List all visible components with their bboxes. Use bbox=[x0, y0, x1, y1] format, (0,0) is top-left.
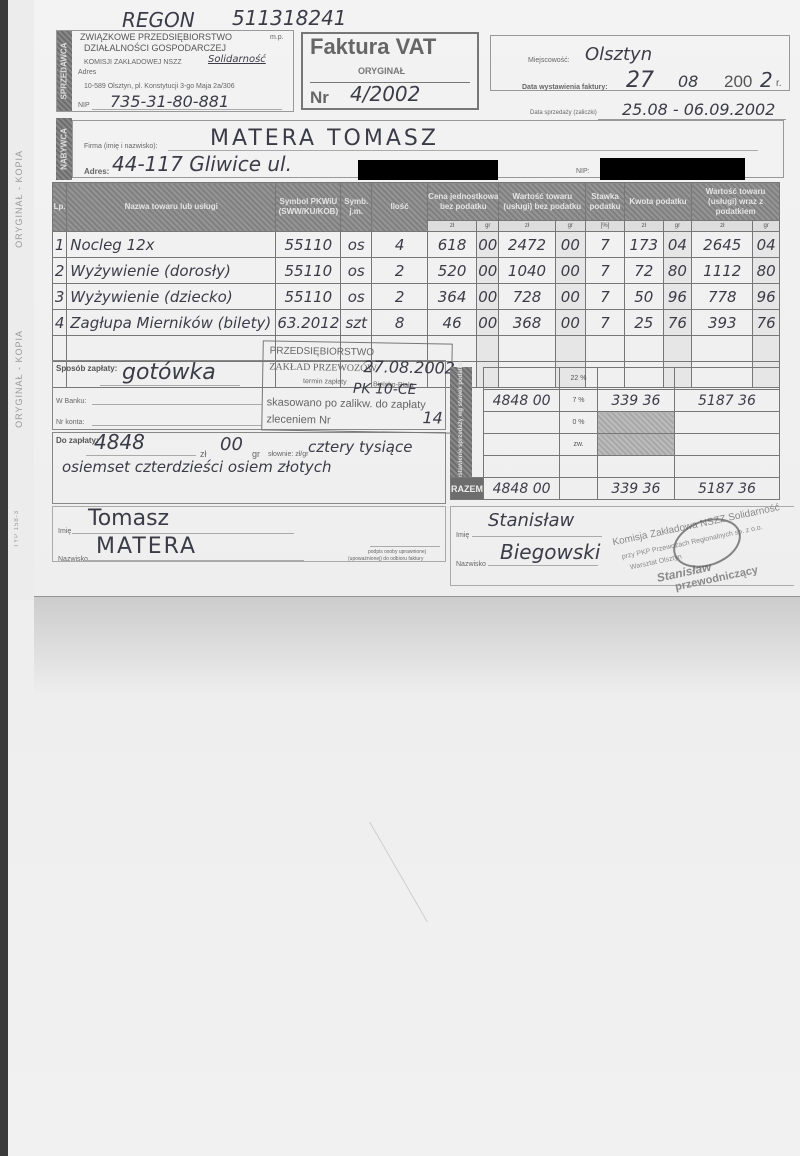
amount-due-label: Do zapłaty: bbox=[56, 436, 99, 445]
issuer-last-name: Biegowski bbox=[500, 540, 600, 564]
cell-name: Wyżywienie (dorosły) bbox=[67, 258, 276, 284]
amount-due-gr: 00 bbox=[220, 434, 243, 455]
paper-tear bbox=[369, 822, 547, 922]
cell-name: Zagłupa Mierników (bilety) bbox=[67, 310, 276, 336]
form-code: TYP 158-3 bbox=[14, 510, 20, 548]
cell-net-zl: 2472 bbox=[499, 232, 555, 258]
amount-words-1: cztery tysiące bbox=[308, 438, 412, 456]
cell-net-gr bbox=[555, 336, 586, 362]
cell-unit-price-gr: 00 bbox=[477, 284, 499, 310]
cell-net-zl bbox=[499, 336, 555, 362]
vat-summary-table: 22 %4848 007 %339 365187 360 %zw.RAZEM48… bbox=[450, 367, 780, 500]
cell-net-zl: 368 bbox=[499, 310, 555, 336]
seller-address: 10-589 Olsztyn, pl. Konstytucji 3-go Maj… bbox=[84, 83, 235, 90]
cell-qty: 8 bbox=[372, 310, 428, 336]
vat-cell-gross: 5187 36 bbox=[674, 390, 779, 412]
cell-unit-price-gr bbox=[477, 336, 499, 362]
receiver-first-name: Tomasz bbox=[88, 506, 169, 531]
seller-signature: Solidarność bbox=[208, 54, 266, 65]
cell-net-zl: 1040 bbox=[499, 258, 555, 284]
col-net-value: Wartość towaru (usługi) bez podatku bbox=[499, 183, 586, 221]
cell-rate: 7 bbox=[586, 258, 625, 284]
cell-unit-price-zl: 46 bbox=[428, 310, 477, 336]
col-name: Nazwa towaru lub usługi bbox=[67, 183, 276, 232]
receiver-sig-caption-2: (upoważnionej) do odbioru faktury bbox=[348, 556, 423, 562]
cell-unit: os bbox=[341, 284, 372, 310]
vat-row: 22 % bbox=[451, 368, 780, 390]
cell-vat-gr bbox=[663, 336, 692, 362]
buyer-address-label: Adres: bbox=[84, 167, 109, 176]
vat-total-blank bbox=[560, 478, 598, 500]
vat-cell-rate: 7 % bbox=[560, 390, 598, 412]
cell-lp: 1 bbox=[53, 232, 67, 258]
sale-date-value: 25.08 - 06.09.2002 bbox=[622, 100, 775, 119]
vat-total-label: RAZEM bbox=[451, 478, 484, 500]
cell-vat-gr: 76 bbox=[663, 310, 692, 336]
vat-cell-net: 4848 00 bbox=[484, 390, 560, 412]
mp-label: m.p. bbox=[270, 34, 284, 41]
cell-lp bbox=[53, 336, 67, 362]
vat-cell-vat: 339 36 bbox=[597, 390, 674, 412]
cell-unit: os bbox=[341, 232, 372, 258]
cell-net-gr: 00 bbox=[555, 284, 586, 310]
vat-row: zw. bbox=[451, 434, 780, 456]
cell-rate: 7 bbox=[586, 284, 625, 310]
vat-cell-rate: 0 % bbox=[560, 412, 598, 434]
sub-gr: gr bbox=[753, 221, 780, 232]
cell-lp: 3 bbox=[53, 284, 67, 310]
vat-cell-net bbox=[484, 412, 560, 434]
cell-vat-zl: 50 bbox=[624, 284, 663, 310]
vat-cell-vat bbox=[597, 412, 674, 434]
cell-vat-zl bbox=[624, 336, 663, 362]
cell-pkwiu: 55110 bbox=[276, 284, 341, 310]
cell-rate: 7 bbox=[586, 310, 625, 336]
buyer-side-tab: NABYWCA bbox=[56, 118, 72, 180]
buyer-address: 44-117 Gliwice ul. bbox=[112, 152, 292, 176]
vat-total-vat: 339 36 bbox=[597, 478, 674, 500]
vat-row: 4848 007 %339 365187 36 bbox=[451, 390, 780, 412]
cell-unit-price-gr: 00 bbox=[477, 258, 499, 284]
vat-cell-net bbox=[484, 456, 560, 478]
vat-row: 0 % bbox=[451, 412, 780, 434]
vat-cell-gross bbox=[674, 412, 779, 434]
cell-unit: szt bbox=[341, 310, 372, 336]
vat-cell-gross bbox=[674, 368, 779, 390]
regon-value: 511318241 bbox=[232, 6, 347, 30]
table-row: 3Wyżywienie (dziecko)55110os236400728007… bbox=[53, 284, 780, 310]
col-lp: Lp. bbox=[53, 183, 67, 232]
receiver-last-name: MATERA bbox=[96, 534, 197, 559]
sub-pct: [%] bbox=[586, 221, 625, 232]
cell-net-gr: 00 bbox=[555, 310, 586, 336]
redacted-street bbox=[358, 160, 498, 180]
col-qty: Ilość bbox=[372, 183, 428, 232]
vat-total-row: RAZEM4848 00339 365187 36 bbox=[451, 478, 780, 500]
sale-date-label: Data sprzedaży (zaliczki) bbox=[530, 110, 597, 116]
amount-words-2: osiemset czterdzieści osiem złotych bbox=[62, 458, 332, 476]
cell-unit-price-zl: 520 bbox=[428, 258, 477, 284]
seller-nip: 735-31-80-881 bbox=[110, 92, 229, 111]
cell-unit-price-zl: 618 bbox=[428, 232, 477, 258]
vat-total-net: 4848 00 bbox=[484, 478, 560, 500]
issue-month: 08 bbox=[678, 72, 698, 91]
cell-lp: 4 bbox=[53, 310, 67, 336]
seller-name-2: DZIAŁALNOŚCI GOSPODARCZEJ bbox=[84, 43, 226, 53]
cell-pkwiu: 63.2012 bbox=[276, 310, 341, 336]
buyer-firm-label: Firma (imię i nazwisko): bbox=[84, 143, 158, 150]
vat-cell-gross bbox=[674, 456, 779, 478]
sub-zl: zł bbox=[428, 221, 477, 232]
margin-text-1: ORYGINAŁ - KOPIA bbox=[14, 150, 24, 248]
left-margin: ORYGINAŁ - KOPIA ORYGINAŁ - KOPIA TYP 15… bbox=[8, 0, 34, 600]
invoice-copy-type: ORYGINAŁ bbox=[358, 66, 405, 76]
cell-unit: os bbox=[341, 258, 372, 284]
seller-nip-label: NIP bbox=[78, 102, 90, 109]
cell-vat-zl: 173 bbox=[624, 232, 663, 258]
sub-zl: zł bbox=[624, 221, 663, 232]
vat-row bbox=[451, 456, 780, 478]
cell-lp: 2 bbox=[53, 258, 67, 284]
receiver-sig-caption-1: podpis osoby uprawnionej bbox=[368, 549, 426, 555]
carrier-stamp: PRZEDSIĘBIORSTWO ZAKŁAD PRZEWOZÓW 27.08.… bbox=[261, 340, 453, 433]
cell-unit-price-gr: 00 bbox=[477, 232, 499, 258]
vat-cell-vat bbox=[597, 434, 674, 456]
scanned-invoice-page: ORYGINAŁ - KOPIA ORYGINAŁ - KOPIA TYP 15… bbox=[0, 0, 800, 1156]
vat-cell-vat bbox=[597, 456, 674, 478]
cell-pkwiu: 55110 bbox=[276, 258, 341, 284]
invoice-number: 4/2002 bbox=[350, 82, 420, 106]
cell-vat-gr: 80 bbox=[663, 258, 692, 284]
cell-net-zl: 728 bbox=[499, 284, 555, 310]
issue-day: 27 bbox=[626, 68, 654, 93]
cell-name bbox=[67, 336, 276, 362]
cell-pkwiu: 55110 bbox=[276, 232, 341, 258]
cell-gross-gr bbox=[753, 336, 780, 362]
issuer-first-name-label: Imię bbox=[456, 532, 469, 539]
table-row: 1Nocleg 12x55110os4618002472007173042645… bbox=[53, 232, 780, 258]
col-gross-value: Wartość towaru (usługi) wraz z podatkiem bbox=[692, 183, 780, 221]
sub-zl: zł bbox=[692, 221, 753, 232]
place-value: Olsztyn bbox=[585, 44, 652, 65]
issue-year-r: r. bbox=[776, 78, 782, 89]
vat-cell-net bbox=[484, 434, 560, 456]
redacted-nip bbox=[600, 158, 745, 180]
cell-name: Wyżywienie (dziecko) bbox=[67, 284, 276, 310]
invoice-nr-label: Nr bbox=[310, 88, 329, 108]
issuer-last-name-label: Nazwisko bbox=[456, 561, 486, 568]
cell-gross-gr: 76 bbox=[753, 310, 780, 336]
cell-qty: 2 bbox=[372, 258, 428, 284]
cell-unit-price-zl: 364 bbox=[428, 284, 477, 310]
cell-gross-zl: 1112 bbox=[692, 258, 753, 284]
invoice-title: Faktura VAT bbox=[310, 34, 436, 60]
cell-name: Nocleg 12x bbox=[67, 232, 276, 258]
regon-label: REGON bbox=[122, 8, 195, 32]
vat-cell-vat bbox=[597, 368, 674, 390]
bleed-through-shadow bbox=[34, 596, 800, 696]
cell-net-gr: 00 bbox=[555, 258, 586, 284]
cell-vat-gr: 04 bbox=[663, 232, 692, 258]
vat-cell-rate: zw. bbox=[560, 434, 598, 456]
receiver-first-name-label: Imię bbox=[58, 528, 71, 535]
col-vat-rate: Stawka podatku bbox=[586, 183, 625, 221]
cell-vat-gr: 96 bbox=[663, 284, 692, 310]
cell-rate: 7 bbox=[586, 232, 625, 258]
col-unit-price: Cena jednostkowa bez podatku bbox=[428, 183, 499, 221]
margin-text-2: ORYGINAŁ - KOPIA bbox=[14, 330, 24, 428]
seller-name-1: ZWIĄZKOWE PRZEDSIĘBIORSTWO bbox=[80, 32, 232, 42]
payment-method-label: Sposób zapłaty: bbox=[56, 364, 117, 373]
cell-rate bbox=[586, 336, 625, 362]
col-pkwiu: Symbol PKWiU (SWW/KU/KOB) bbox=[276, 183, 341, 232]
buyer-firm: MATERA TOMASZ bbox=[210, 126, 439, 151]
vat-cell-net bbox=[484, 368, 560, 390]
vat-cell-gross bbox=[674, 434, 779, 456]
cell-gross-gr: 80 bbox=[753, 258, 780, 284]
cell-qty: 2 bbox=[372, 284, 428, 310]
col-vat-amount: Kwota podatku bbox=[624, 183, 691, 221]
sub-gr: gr bbox=[555, 221, 586, 232]
cell-gross-zl: 2645 bbox=[692, 232, 753, 258]
issuer-first-name: Stanisław bbox=[488, 510, 574, 531]
scan-edge bbox=[0, 0, 8, 1156]
sub-gr: gr bbox=[477, 221, 499, 232]
cell-vat-zl: 72 bbox=[624, 258, 663, 284]
vat-cell-rate bbox=[560, 456, 598, 478]
account-label: Nr konta: bbox=[56, 419, 84, 426]
words-label: słownie: zł/gr bbox=[268, 451, 308, 458]
seller-address-label: Adres bbox=[78, 69, 96, 76]
bank-label: W Banku: bbox=[56, 398, 86, 405]
buyer-nip-label: NIP: bbox=[576, 168, 590, 175]
table-row: 4Zagłupa Mierników (bilety)63.2012szt846… bbox=[53, 310, 780, 336]
cell-gross-zl bbox=[692, 336, 753, 362]
cell-gross-gr: 96 bbox=[753, 284, 780, 310]
sub-zl: zł bbox=[499, 221, 555, 232]
cell-gross-zl: 393 bbox=[692, 310, 753, 336]
cell-gross-gr: 04 bbox=[753, 232, 780, 258]
sub-gr: gr bbox=[663, 221, 692, 232]
cell-qty: 4 bbox=[372, 232, 428, 258]
issue-year-suffix: 2 bbox=[760, 68, 773, 92]
cell-vat-zl: 25 bbox=[624, 310, 663, 336]
col-unit: Symb. j.m. bbox=[341, 183, 372, 232]
cell-gross-zl: 778 bbox=[692, 284, 753, 310]
amount-due-zl: 4848 bbox=[94, 430, 145, 454]
issue-year-prefix: 200 bbox=[724, 72, 752, 92]
place-label: Miejscowość: bbox=[528, 57, 570, 64]
table-row: 2Wyżywienie (dorosły)55110os252000104000… bbox=[53, 258, 780, 284]
payment-method: gotówka bbox=[122, 360, 216, 385]
cell-unit-price-gr: 00 bbox=[477, 310, 499, 336]
vat-cell-rate: 22 % bbox=[560, 368, 598, 390]
cell-net-gr: 00 bbox=[555, 232, 586, 258]
seller-name-3: KOMISJI ZAKŁADOWEJ NSZZ bbox=[84, 59, 182, 66]
issue-date-label: Data wystawienia faktury: bbox=[522, 84, 608, 91]
